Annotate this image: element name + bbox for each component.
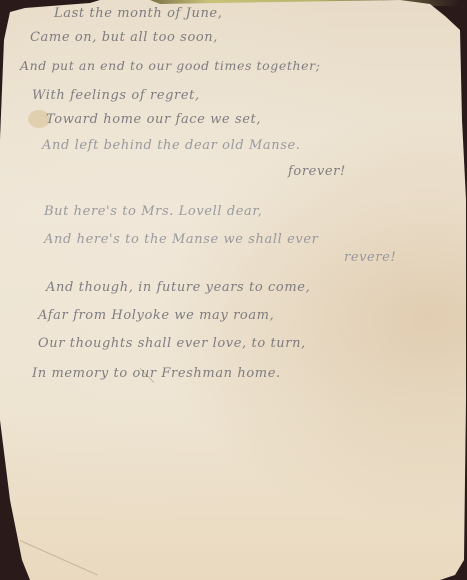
poem-line: Toward home our face we set,: [46, 112, 261, 127]
poem-line: And here's to the Manse we shall ever: [44, 232, 318, 247]
poem-line: Last the month of June,: [54, 6, 222, 21]
poem-line: revere!: [344, 250, 396, 265]
poem-line: forever!: [288, 164, 346, 179]
poem-line: And left behind the dear old Manse.: [42, 138, 301, 153]
poem-line: With feelings of regret,: [32, 88, 200, 103]
poem-line: Afar from Holyoke we may roam,: [38, 308, 274, 323]
fold-crease: [20, 540, 98, 575]
poem-line: And though, in future years to come,: [46, 280, 310, 295]
poem-line: Came on, but all too soon,: [30, 30, 218, 45]
handwritten-poem: Last the month of June, Came on, but all…: [0, 0, 467, 580]
poem-line: But here's to Mrs. Lovell dear,: [44, 204, 263, 219]
poem-line: Our thoughts shall ever love, to turn,: [38, 336, 306, 351]
poem-line: In memory to our Freshman home.: [32, 366, 281, 381]
scanned-document: Last the month of June, Came on, but all…: [0, 0, 467, 580]
poem-line: And put an end to our good times togethe…: [20, 58, 321, 73]
